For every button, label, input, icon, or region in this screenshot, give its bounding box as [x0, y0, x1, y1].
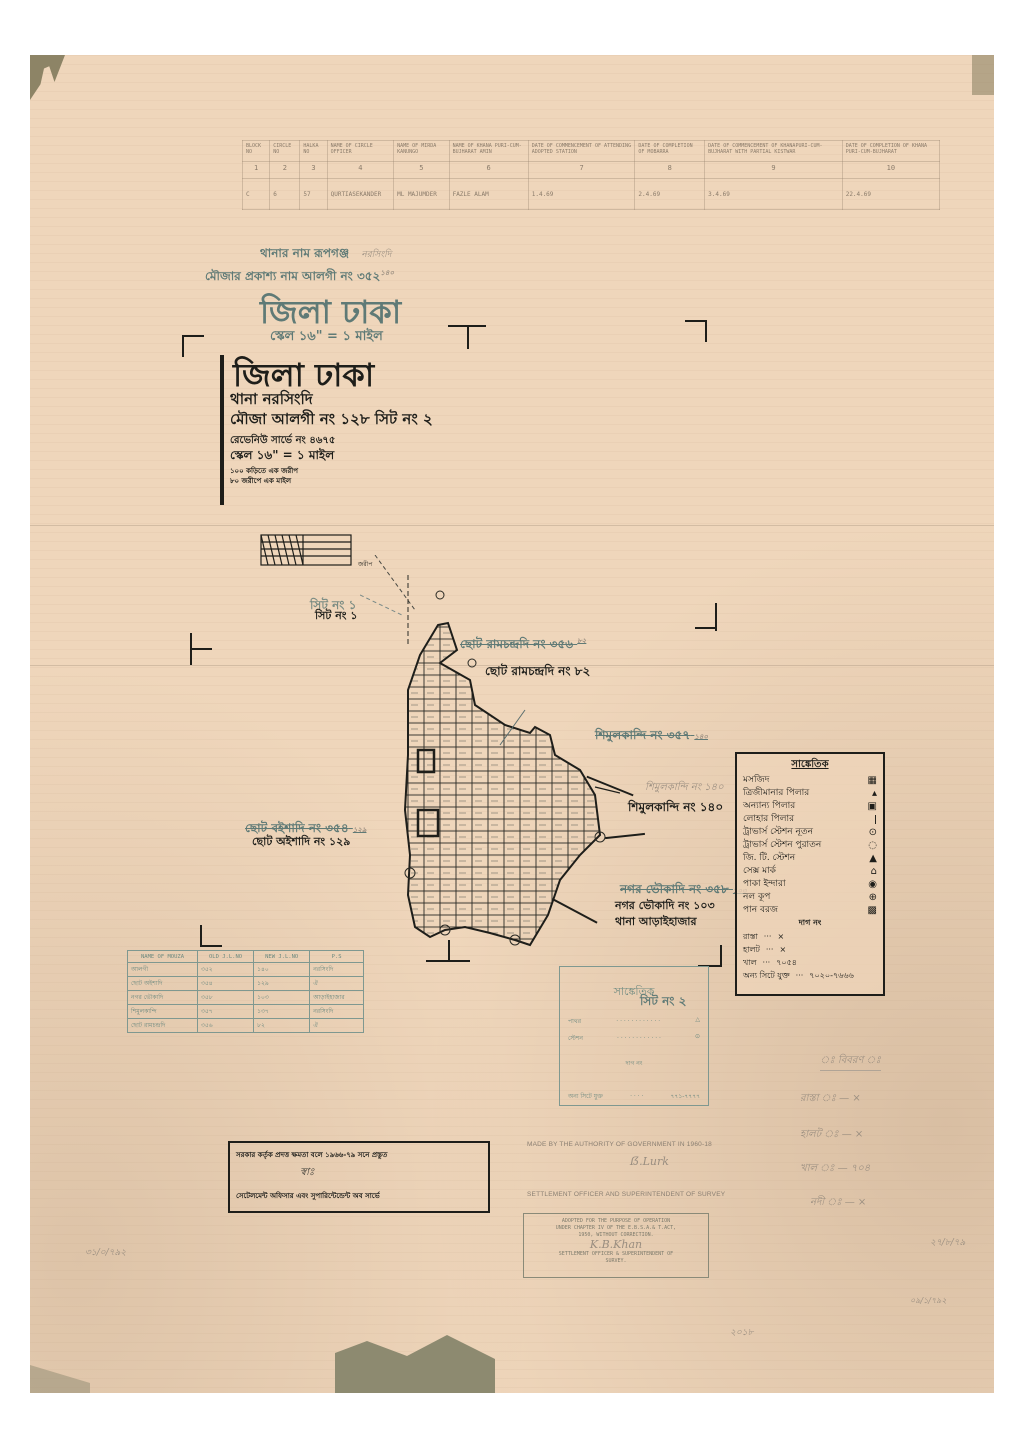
cell-value: 57: [300, 179, 327, 210]
note-row: হালট ঃ — ×: [800, 1127, 863, 1144]
torn-edge: [30, 1365, 90, 1393]
col-header: NEW J.L.NO: [254, 951, 310, 963]
col-header: BLOCK NO: [243, 141, 270, 162]
col-header: NAME OF MIRDA KANUNGO: [394, 141, 449, 162]
legend-label: সেক্স মার্ক: [743, 865, 776, 878]
col-number: 7: [528, 162, 635, 179]
notes-heading: ঃ বিবরণ ঃ: [820, 1053, 881, 1071]
traverse-station-icon: [468, 659, 476, 667]
registration-mark: [200, 945, 222, 947]
cell: ৩৫৮: [197, 991, 253, 1005]
col-number: 4: [327, 162, 394, 179]
traverse-station-icon: [436, 591, 444, 599]
east-neighbour: শিমুলকান্দি নং ১৪০: [628, 799, 723, 819]
secondary-legend-box: সাঙ্কেতিক পাথর. . . . . . . . . . . .△ স…: [559, 966, 709, 1106]
table-row: নগর ভৌকাদি৩৫৮১০৩আড়াইহাজার: [128, 991, 364, 1005]
note-label: রাস্তা ঃ: [800, 1093, 836, 1104]
legend-label: ত্রিজীমানার পিলার: [743, 787, 809, 800]
ref-value: ৭০২০-৭৬৬৬: [809, 969, 854, 982]
authority-line: MADE BY THE AUTHORITY OF GOVERNMENT IN 1…: [527, 1141, 712, 1148]
table-row: ছোট অইশাদি৩৫৪১২৯ঐ: [128, 977, 364, 991]
bottom-area-note: ২০১৮: [730, 1325, 753, 1340]
note-label: হালট ঃ: [800, 1129, 839, 1140]
legend2-ref-value: ৭৭১-৭৭৭৭: [671, 1091, 700, 1102]
west-neighbour: ছোট অইশাদি নং ১২৯: [252, 833, 350, 852]
legend2-label: স্টেশন: [568, 1033, 583, 1044]
ref-value: ×: [777, 930, 784, 943]
registration-mark: [182, 335, 204, 337]
tube-well-icon: ⊕: [869, 891, 877, 904]
col-header: HALKA NO: [300, 141, 327, 162]
stamp-line: SETTLEMENT OFFICER & SUPERINTENDENT OF: [524, 1251, 708, 1258]
ref-label: হালট: [743, 943, 760, 956]
ref-label: রাস্তা: [743, 930, 758, 943]
betel-garden-icon: ▩: [868, 904, 877, 917]
thana-name-line: থানার নাম রূপগঞ্জ নরসিংদি: [260, 245, 391, 265]
torn-corner: [972, 55, 994, 95]
cell-value: QURTIASEKANDER: [327, 179, 394, 210]
header-table: BLOCK NO CIRCLE NO HALKA NO NAME OF CIRC…: [242, 140, 940, 210]
cell: আলগী: [128, 963, 198, 977]
col-number: 10: [842, 162, 939, 179]
note-row: খাল ঃ — ৭০৪: [800, 1161, 870, 1178]
mouza-name: মৌজার প্রকাশ্য নাম আলগী নং ৩৫২: [205, 269, 380, 283]
pencil-note: ১৪০: [694, 732, 708, 741]
boundary-dashed: [360, 595, 402, 615]
legend-subheading: দাগ নং: [737, 917, 883, 930]
east-neighbour-pencil: শিমুলকান্দি নং ১৪০: [645, 780, 724, 797]
authority-signature: ẞ.Lurk: [630, 1155, 669, 1168]
ref-value: ×: [779, 943, 786, 956]
cell: নরসিংদি: [310, 1005, 364, 1019]
registration-mark: [190, 648, 212, 650]
fold-line: [30, 525, 994, 526]
chain-note-2: ৮০ জরীপে এক মাইল: [230, 475, 291, 487]
east-neighbour-old: শিমুলকান্দি নং ৩৫৭ ১৪০: [595, 727, 708, 747]
cell: ১৩৭: [254, 1005, 310, 1019]
note-value: ৭০৪: [851, 1163, 871, 1174]
cell: নগর ভৌকাদি: [128, 991, 198, 1005]
torn-corner: [30, 55, 65, 100]
table-row: শিমুলকান্দি৩৫৭১৩৭নরসিংদি: [128, 1005, 364, 1019]
col-number: 1: [243, 162, 270, 179]
registration-mark: [200, 925, 202, 947]
cell: ১৪০: [254, 963, 310, 977]
cell: শিমুলকান্দি: [128, 1005, 198, 1019]
stamp-line: ADOPTED FOR THE PURPOSE OF OPERATION: [524, 1218, 708, 1225]
col-header: DATE OF COMPLETION OF KHANA PURI-CUM-BUJ…: [842, 141, 939, 162]
thana-name: থানার নাম রূপগঞ্জ: [260, 246, 349, 260]
stamp-line: UNDER CHAPTER IV OF THE E.B.S.A.& T.ACT,: [524, 1225, 708, 1232]
cell-value: 2.4.69: [635, 179, 705, 210]
cell: ১০৩: [254, 991, 310, 1005]
certificate-line1: সরকার কর্তৃক প্রদত্ত ক্ষমতা বলে ১৯৬৬-৭৯ …: [230, 1143, 488, 1161]
col-number: 6: [449, 162, 528, 179]
ref-value: ৭০৫৪: [776, 956, 797, 969]
scale-bar: [258, 533, 368, 571]
authority-title: SETTLEMENT OFFICER AND SUPERINTENDENT OF…: [527, 1191, 725, 1198]
notes-sign2-date: ০৯/১/৭৯২: [910, 1295, 947, 1308]
scale-label: স্কেল ১৬" = ১ মাইল: [230, 447, 334, 467]
ref-label: অন্য সিটে যুক্ত: [743, 969, 790, 982]
certificate-line2: সেটেলমেন্ট অফিসার এবং সুপারিন্টেন্ডেন্ট …: [230, 1182, 488, 1202]
col-number: 5: [394, 162, 449, 179]
new-traverse-station-icon: ⊙: [869, 826, 877, 839]
north-neighbour: ছোট রামচন্দ্রদি নং ৮২: [485, 663, 590, 683]
note-row: নদী ঃ — ×: [810, 1195, 866, 1212]
pencil-note: ৮২: [577, 636, 586, 645]
table-row: আলগী৩৫২১৪০নরসিংদি: [128, 963, 364, 977]
station-icon: ⊙: [695, 1033, 700, 1044]
stamp-line: SURVEY.: [524, 1258, 708, 1265]
pencil-note: ১২৯: [353, 825, 367, 834]
southeast-thana: থানা আড়াইহাজার: [615, 913, 697, 932]
col-header: CIRCLE NO: [270, 141, 300, 162]
cell-value: C: [243, 179, 270, 210]
note-row: রাস্তা ঃ — ×: [800, 1091, 861, 1108]
southeast-neighbour-old-text: নগর ভৌকাদি নং ৩৫৮: [620, 882, 729, 896]
col-number: 8: [635, 162, 705, 179]
cell: ৮২: [254, 1019, 310, 1033]
col-number: 3: [300, 162, 327, 179]
mosque-icon: ▦: [868, 774, 877, 787]
legend2-ref-label: অন্য সিটে যুক্ত: [568, 1091, 603, 1102]
cell: ঐ: [310, 977, 364, 991]
note-value: ×: [858, 1197, 866, 1208]
cell: ছোট অইশাদি: [128, 977, 198, 991]
cell-value: 3.4.69: [705, 179, 843, 210]
legend-label: পাকা ইন্দারা: [743, 878, 786, 891]
other-pillar-icon: ▣: [868, 800, 877, 813]
cell-value: FAZLE ALAM: [449, 179, 528, 210]
note-label: খাল ঃ: [800, 1163, 834, 1174]
cadastral-map: [360, 555, 620, 955]
col-header: DATE OF COMPLETION OF MOBARRA: [635, 141, 705, 162]
col-header: OLD J.L.NO: [197, 951, 253, 963]
cell: ৩৫৪: [197, 977, 253, 991]
boundary-dashed: [375, 555, 415, 610]
registration-mark: [720, 945, 722, 967]
mouza-public-name: মৌজার প্রকাশ্য নাম আলগী নং ৩৫২১৪০: [205, 267, 394, 288]
masonry-well-icon: ◉: [868, 878, 877, 891]
col-number: 9: [705, 162, 843, 179]
cell-value: 1.4.69: [528, 179, 635, 210]
cell-value: ML MAJUMDER: [394, 179, 449, 210]
col-header: NAME OF CIRCLE OFFICER: [327, 141, 394, 162]
cell-value: 6: [270, 179, 300, 210]
legend-label: ট্রাভার্স স্টেশন নূতন: [743, 826, 813, 839]
registration-mark: [705, 320, 707, 342]
legend-box: সাঙ্কেতিক মসজিদ▦ ত্রিজীমানার পিলার▴ অন্য…: [735, 752, 885, 996]
title-bar: [220, 355, 224, 505]
legend-label: জি. টি. স্টেশন: [743, 852, 795, 865]
ref-label: খাল: [743, 956, 757, 969]
legend-label: নল কূপ: [743, 891, 770, 904]
old-traverse-station-icon: ◌: [868, 839, 877, 852]
stamp-signature: K.B.Khan: [524, 1239, 708, 1251]
cell: ৩৫২: [197, 963, 253, 977]
legend-label: লোহার পিলার: [743, 813, 794, 826]
north-neighbour-old-text: ছোট রামচন্দ্রদি নং ৩৫৬: [460, 637, 573, 651]
registration-mark: [467, 325, 469, 349]
legend-label: ট্রাভার্স স্টেশন পুরাতন: [743, 839, 821, 852]
registration-mark: [695, 627, 717, 629]
torn-edge: [335, 1335, 495, 1393]
iron-pillar-icon: ǀ: [874, 813, 877, 826]
cell: ছোট রামচন্দ্রদি: [128, 1019, 198, 1033]
col-header: P.S: [310, 951, 364, 963]
map-sheet: BLOCK NO CIRCLE NO HALKA NO NAME OF CIRC…: [30, 55, 994, 1393]
registration-mark: [685, 320, 707, 322]
sheet1-label: সিট নং ১: [315, 607, 358, 626]
cell: ১২৯: [254, 977, 310, 991]
left-sign-date: ৩১/০/৭৯২: [85, 1245, 126, 1260]
legend-label: পান বরজ: [743, 904, 778, 917]
col-number: 2: [270, 162, 300, 179]
gt-station-icon: ▲: [869, 852, 877, 865]
legend-label: মসজিদ: [743, 774, 769, 787]
mouza-label: মৌজা আলগী নং ১২৮ সিট নং ২: [230, 408, 433, 433]
cell: ঐ: [310, 1019, 364, 1033]
col-header: DATE OF COMMENCEMENT OF ATTENDING ADOPTE…: [528, 141, 635, 162]
col-header: NAME OF MOUZA: [128, 951, 198, 963]
registration-mark: [182, 335, 184, 357]
scale-old: স্কেল ১৬" = ১ মাইল: [270, 327, 383, 348]
col-header: NAME OF KHANA PURI-CUM-BUJHARAT AMIN: [449, 141, 528, 162]
cell: নরসিংদি: [310, 963, 364, 977]
adoption-stamp: ADOPTED FOR THE PURPOSE OF OPERATION UND…: [523, 1213, 709, 1278]
col-header: DATE OF COMMENCEMENT OF KHANAPURI-CUM-BU…: [705, 141, 843, 162]
legend2-sub: দাগ নং: [560, 1044, 708, 1069]
mouza-superscript: ১৪০: [380, 268, 394, 277]
cell: ৩৫৭: [197, 1005, 253, 1019]
note-label: নদী ঃ: [810, 1197, 842, 1208]
cell: আড়াইহাজার: [310, 991, 364, 1005]
east-neighbour-old-text: শিমুলকান্দি নং ৩৫৭: [595, 728, 690, 742]
cell: ৩৫৬: [197, 1019, 253, 1033]
legend2-label: পাথর: [568, 1016, 581, 1027]
notes-sign-date: ২৭/৮/৭৯: [930, 1235, 965, 1250]
cell-value: 22.4.69: [842, 179, 939, 210]
certificate-signature: স্বাঃ: [230, 1161, 488, 1182]
table-row: ছোট রামচন্দ্রদি৩৫৬৮২ঐ: [128, 1019, 364, 1033]
legend-title: সাঙ্কেতিক: [737, 757, 883, 774]
legend2-title: সাঙ্কেতিক: [560, 983, 708, 1002]
mouza-table: NAME OF MOUZA OLD J.L.NO NEW J.L.NO P.S …: [127, 950, 364, 1033]
north-neighbour-old: ছোট রামচন্দ্রদি নং ৩৫৬ ৮২: [460, 635, 586, 656]
note-value: ×: [855, 1129, 863, 1140]
note-value: ×: [852, 1093, 860, 1104]
stone-icon: △: [695, 1016, 700, 1027]
certificate-box: সরকার কর্তৃক প্রদত্ত ক্ষমতা বলে ১৯৬৬-৭৯ …: [228, 1141, 490, 1213]
thana-pencil-note: নরসিংদি: [361, 250, 391, 260]
trijunction-pillar-icon: ▴: [872, 787, 877, 800]
legend-label: অন্যান্য পিলার: [743, 800, 795, 813]
bench-mark-icon: ⌂: [871, 865, 877, 878]
